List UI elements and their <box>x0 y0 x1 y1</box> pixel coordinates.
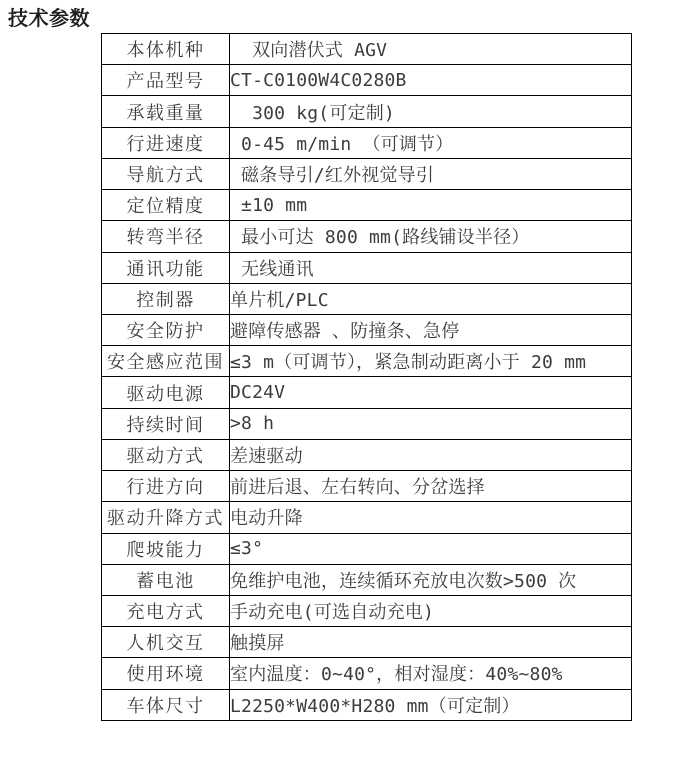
param-label-cell: 行进速度 <box>102 127 230 158</box>
param-label-cell: 承载重量 <box>102 96 230 127</box>
param-value-cell: 300 kg(可定制) <box>230 96 632 127</box>
param-value-cell: 0-45 m/min （可调节） <box>230 127 632 158</box>
param-label-cell: 驱动电源 <box>102 377 230 408</box>
spec-table-body: 本体机种 双向潜伏式 AGV 产品型号 CT-C0100W4C0280B 承载重… <box>102 34 632 721</box>
table-row: 行进速度 0-45 m/min （可调节） <box>102 127 632 158</box>
table-row: 导航方式 磁条导引/红外视觉导引 <box>102 158 632 189</box>
table-row: 充电方式 手动充电(可选自动充电) <box>102 595 632 626</box>
table-row: 驱动方式 差速驱动 <box>102 439 632 470</box>
param-label-cell: 转弯半径 <box>102 221 230 252</box>
table-row: 安全感应范围 ≤3 m（可调节），紧急制动距离小于 20 mm <box>102 346 632 377</box>
param-label-cell: 驱动方式 <box>102 439 230 470</box>
param-label-cell: 使用环境 <box>102 658 230 689</box>
table-row: 驱动电源 DC24V <box>102 377 632 408</box>
param-value-cell: 避障传感器 、防撞条、急停 <box>230 314 632 345</box>
param-label-cell: 导航方式 <box>102 158 230 189</box>
table-row: 爬坡能力 ≤3° <box>102 533 632 564</box>
param-label-cell: 行进方向 <box>102 471 230 502</box>
table-row: 通讯功能 无线通讯 <box>102 252 632 283</box>
param-value-cell: 室内温度：0~40°，相对湿度：40%~80% <box>230 658 632 689</box>
table-row: 蓄电池 免维护电池，连续循环充放电次数>500 次 <box>102 564 632 595</box>
table-row: 人机交互 触摸屏 <box>102 627 632 658</box>
param-value-cell: 磁条导引/红外视觉导引 <box>230 158 632 189</box>
param-label-cell: 安全感应范围 <box>102 346 230 377</box>
table-row: 持续时间 >8 h <box>102 408 632 439</box>
param-value-cell: L2250*W400*H280 mm（可定制） <box>230 689 632 720</box>
param-label-cell: 持续时间 <box>102 408 230 439</box>
param-value-cell: 单片机/PLC <box>230 283 632 314</box>
param-value-cell: ±10 mm <box>230 190 632 221</box>
param-label-cell: 车体尺寸 <box>102 689 230 720</box>
table-row: 行进方向 前进后退、左右转向、分岔选择 <box>102 471 632 502</box>
param-label-cell: 安全防护 <box>102 314 230 345</box>
param-value-cell: >8 h <box>230 408 632 439</box>
param-value-cell: DC24V <box>230 377 632 408</box>
spec-table: 本体机种 双向潜伏式 AGV 产品型号 CT-C0100W4C0280B 承载重… <box>101 33 632 721</box>
page-title: 技术参数 <box>8 6 90 30</box>
table-row: 车体尺寸 L2250*W400*H280 mm（可定制） <box>102 689 632 720</box>
param-value-cell: 手动充电(可选自动充电) <box>230 595 632 626</box>
param-label-cell: 通讯功能 <box>102 252 230 283</box>
param-label-cell: 充电方式 <box>102 595 230 626</box>
param-label-cell: 爬坡能力 <box>102 533 230 564</box>
param-value-cell: 双向潜伏式 AGV <box>230 34 632 65</box>
param-value-cell: ≤3° <box>230 533 632 564</box>
param-label-cell: 控制器 <box>102 283 230 314</box>
table-row: 本体机种 双向潜伏式 AGV <box>102 34 632 65</box>
table-row: 使用环境 室内温度：0~40°，相对湿度：40%~80% <box>102 658 632 689</box>
param-value-cell: 差速驱动 <box>230 439 632 470</box>
param-value-cell: 触摸屏 <box>230 627 632 658</box>
param-value-cell: ≤3 m（可调节），紧急制动距离小于 20 mm <box>230 346 632 377</box>
param-label-cell: 蓄电池 <box>102 564 230 595</box>
param-label-cell: 定位精度 <box>102 190 230 221</box>
param-value-cell: 无线通讯 <box>230 252 632 283</box>
param-label-cell: 产品型号 <box>102 65 230 96</box>
param-value-cell: 最小可达 800 mm(路线铺设半径） <box>230 221 632 252</box>
param-value-cell: 电动升降 <box>230 502 632 533</box>
table-row: 驱动升降方式 电动升降 <box>102 502 632 533</box>
param-value-cell: 前进后退、左右转向、分岔选择 <box>230 471 632 502</box>
param-value-cell: CT-C0100W4C0280B <box>230 65 632 96</box>
table-row: 转弯半径 最小可达 800 mm(路线铺设半径） <box>102 221 632 252</box>
table-row: 产品型号 CT-C0100W4C0280B <box>102 65 632 96</box>
param-label-cell: 本体机种 <box>102 34 230 65</box>
param-label-cell: 人机交互 <box>102 627 230 658</box>
param-value-cell: 免维护电池，连续循环充放电次数>500 次 <box>230 564 632 595</box>
param-label-cell: 驱动升降方式 <box>102 502 230 533</box>
table-row: 承载重量 300 kg(可定制) <box>102 96 632 127</box>
table-row: 定位精度 ±10 mm <box>102 190 632 221</box>
table-row: 安全防护 避障传感器 、防撞条、急停 <box>102 314 632 345</box>
table-row: 控制器 单片机/PLC <box>102 283 632 314</box>
